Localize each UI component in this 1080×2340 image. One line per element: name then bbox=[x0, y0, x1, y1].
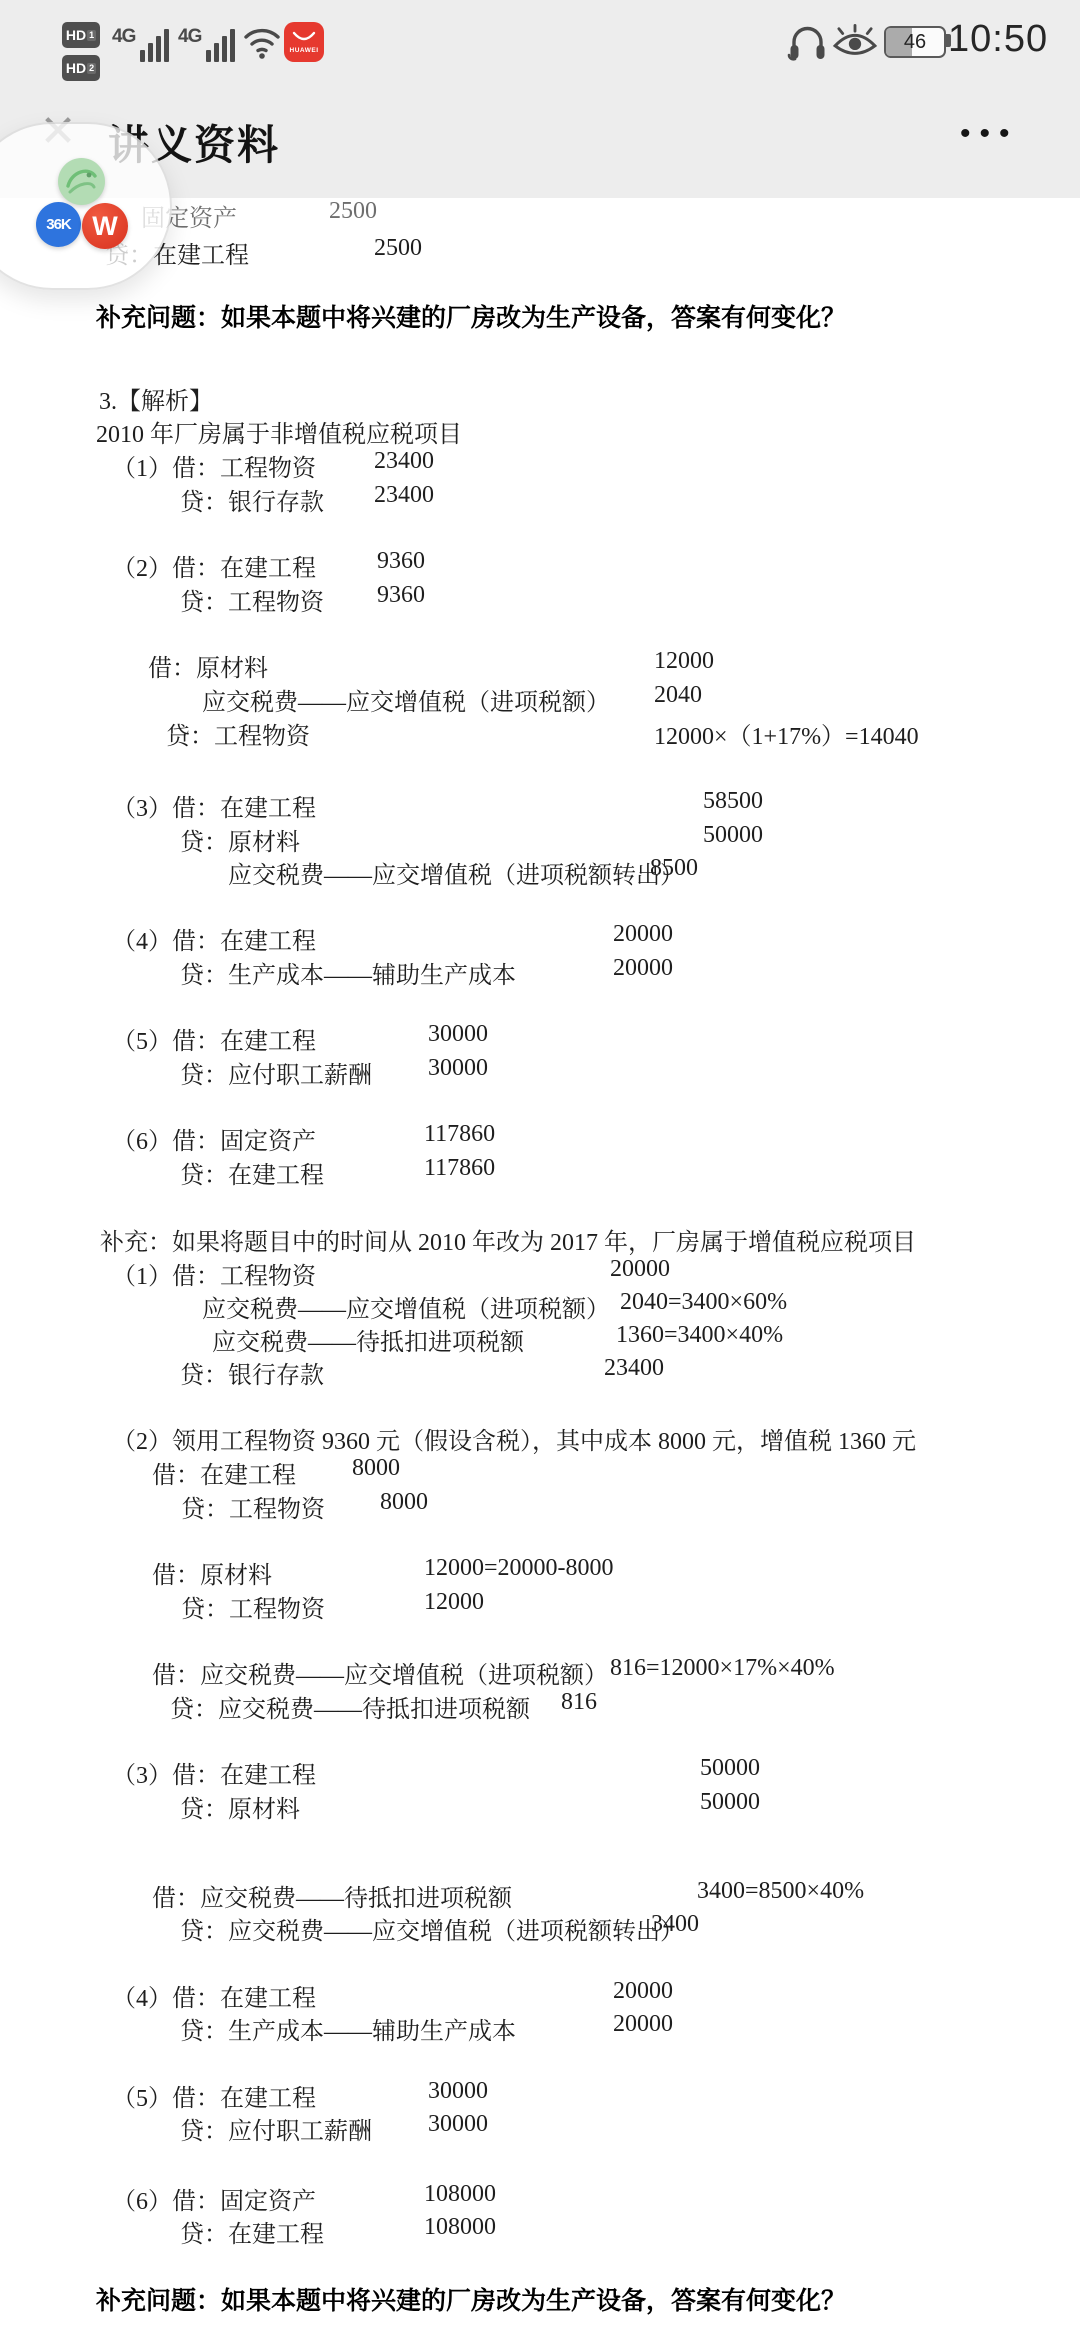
doc-line-amount: 20000 bbox=[613, 2011, 673, 2038]
doc-line: 贷：生产成本——辅助生产成本20000 bbox=[0, 2011, 1080, 2045]
battery-icon: 46 bbox=[884, 26, 946, 58]
huawei-app-label: HUAWEI bbox=[290, 47, 319, 54]
doc-line: （3）借：在建工程50000 bbox=[0, 1755, 1080, 1789]
doc-line: 补充问题：如果本题中将兴建的厂房改为生产设备，答案有何变化？ bbox=[0, 298, 1080, 332]
doc-line-text: 补充问题：如果本题中将兴建的厂房改为生产设备，答案有何变化？ bbox=[96, 298, 846, 334]
doc-line-text: （6）借：固定资产 bbox=[112, 2181, 316, 2216]
doc-line-amount: 117860 bbox=[424, 1155, 495, 1182]
doc-line: 借：原材料12000 bbox=[0, 648, 1080, 682]
doc-line: （6）借：固定资产117860 bbox=[0, 1121, 1080, 1155]
doc-line-amount: 23400 bbox=[374, 448, 434, 475]
wifi-icon bbox=[243, 26, 281, 60]
doc-line-amount: 50000 bbox=[703, 822, 763, 849]
doc-line-text: 借：应交税费——应交增值税（进项税额） bbox=[152, 1655, 608, 1690]
doc-line-amount: 20000 bbox=[613, 921, 673, 948]
doc-line-text: 贷：应交税费——应交增值税（进项税额转出） bbox=[180, 1911, 684, 1946]
green-app-icon[interactable] bbox=[58, 158, 105, 205]
doc-line-text: 2010 年厂房属于非增值税应税项目 bbox=[96, 414, 462, 449]
doc-line: （4）借：在建工程20000 bbox=[0, 1978, 1080, 2012]
doc-line-text: （3）借：在建工程 bbox=[112, 1755, 316, 1790]
huawei-app-icon: HUAWEI bbox=[284, 22, 324, 62]
doc-line: 贷：工程物资8000 bbox=[0, 1489, 1080, 1523]
doc-line-text: 贷：工程物资 bbox=[166, 716, 310, 751]
doc-line: 贷：原材料50000 bbox=[0, 822, 1080, 856]
doc-line-text: （5）借：在建工程 bbox=[112, 1021, 316, 1056]
doc-line-amount: 30000 bbox=[428, 2111, 488, 2138]
network-type-1: 4G bbox=[112, 26, 135, 48]
doc-line-amount: 30000 bbox=[428, 1021, 488, 1048]
doc-line-text: 贷：原材料 bbox=[180, 1789, 300, 1824]
doc-line-amount: 108000 bbox=[424, 2214, 496, 2241]
doc-line: 补充：如果将题目中的时间从 2010 年改为 2017 年，厂房属于增值税应税项… bbox=[0, 1222, 1080, 1256]
doc-line-amount: 23400 bbox=[374, 482, 434, 509]
doc-line-amount: 9360 bbox=[377, 582, 425, 609]
doc-line-amount: 8500 bbox=[650, 855, 698, 882]
doc-line-amount: 12000 bbox=[424, 1589, 484, 1616]
doc-line-amount: 50000 bbox=[700, 1755, 760, 1782]
doc-line-text: （3）借：在建工程 bbox=[112, 788, 316, 823]
doc-line: （3）借：在建工程58500 bbox=[0, 788, 1080, 822]
doc-line-text: （6）借：固定资产 bbox=[112, 1121, 316, 1156]
doc-line-amount: 816=12000×17%×40% bbox=[610, 1655, 835, 1682]
doc-line-text: 贷：在建工程 bbox=[180, 2214, 324, 2249]
doc-line-text: 贷：生产成本——辅助生产成本 bbox=[180, 2011, 516, 2046]
doc-line-text: 贷：应付职工薪酬 bbox=[180, 2111, 372, 2146]
eye-comfort-icon bbox=[830, 24, 880, 60]
doc-line: 补充问题：如果本题中将兴建的厂房改为生产设备，答案有何变化？ bbox=[0, 2281, 1080, 2315]
doc-line: 贷：工程物资12000×（1+17%）=14040 bbox=[0, 716, 1080, 750]
doc-line-amount: 3400 bbox=[651, 1911, 699, 1938]
doc-line-text: 应交税费——待抵扣进项税额 bbox=[212, 1322, 524, 1357]
doc-line-amount: 50000 bbox=[700, 1789, 760, 1816]
battery-percent: 46 bbox=[904, 31, 926, 54]
doc-line-amount: 30000 bbox=[428, 1055, 488, 1082]
doc-line-amount: 8000 bbox=[380, 1489, 428, 1516]
hd2-label: HD bbox=[66, 60, 86, 76]
doc-line: 借：应交税费——待抵扣进项税额3400=8500×40% bbox=[0, 1878, 1080, 1912]
doc-line-text: 应交税费——应交增值税（进项税额） bbox=[202, 1289, 610, 1324]
doc-line: （5）借：在建工程30000 bbox=[0, 1021, 1080, 1055]
doc-line-amount: 20000 bbox=[610, 1256, 670, 1283]
floating-bubble[interactable]: 36K W bbox=[0, 122, 172, 290]
doc-line-amount: 12000=20000-8000 bbox=[424, 1555, 614, 1582]
doc-line-text: 借：原材料 bbox=[148, 648, 268, 683]
doc-line-text: 借：应交税费——待抵扣进项税额 bbox=[152, 1878, 512, 1913]
doc-line-amount: 8000 bbox=[352, 1455, 400, 1482]
doc-line: 应交税费——应交增值税（进项税额）2040 bbox=[0, 682, 1080, 716]
doc-line-amount: 117860 bbox=[424, 1121, 495, 1148]
doc-line: （2）借：在建工程9360 bbox=[0, 548, 1080, 582]
doc-line: 贷：在建工程117860 bbox=[0, 1155, 1080, 1189]
doc-line-text: 借：原材料 bbox=[152, 1555, 272, 1590]
doc-line-amount: 3400=8500×40% bbox=[697, 1878, 864, 1905]
doc-line: 应交税费——待抵扣进项税额1360=3400×40% bbox=[0, 1322, 1080, 1356]
doc-line-text: 贷：工程物资 bbox=[181, 1489, 325, 1524]
doc-line-text: （2）借：在建工程 bbox=[112, 548, 316, 583]
doc-line-text: 贷：在建工程 bbox=[180, 1155, 324, 1190]
doc-line-text: 贷：银行存款 bbox=[180, 482, 324, 517]
doc-line-amount: 2500 bbox=[374, 235, 422, 262]
doc-line: 贷：应付职工薪酬30000 bbox=[0, 2111, 1080, 2145]
36k-app-label: 36K bbox=[46, 216, 71, 233]
doc-line: 借：应交税费——应交增值税（进项税额）816=12000×17%×40% bbox=[0, 1655, 1080, 1689]
doc-line: 2010 年厂房属于非增值税应税项目 bbox=[0, 414, 1080, 448]
clock-time: 10:50 bbox=[948, 18, 1048, 61]
doc-line: （5）借：在建工程30000 bbox=[0, 2078, 1080, 2112]
doc-line-text: 借：在建工程 bbox=[152, 1455, 296, 1490]
doc-line-amount: 2040=3400×60% bbox=[620, 1289, 787, 1316]
doc-line: 借：在建工程8000 bbox=[0, 1455, 1080, 1489]
doc-line: （4）借：在建工程20000 bbox=[0, 921, 1080, 955]
doc-line-text: 补充问题：如果本题中将兴建的厂房改为生产设备，答案有何变化？ bbox=[96, 2281, 846, 2317]
doc-line-amount: 108000 bbox=[424, 2181, 496, 2208]
doc-line-amount: 58500 bbox=[703, 788, 763, 815]
doc-line: （1）借：工程物资23400 bbox=[0, 448, 1080, 482]
doc-line: （1）借：工程物资20000 bbox=[0, 1256, 1080, 1290]
doc-line: 贷：银行存款23400 bbox=[0, 1355, 1080, 1389]
doc-line: 贷：应交税费——待抵扣进项税额816 bbox=[0, 1689, 1080, 1723]
doc-line-amount: 30000 bbox=[428, 2078, 488, 2105]
36k-app-icon[interactable]: 36K bbox=[36, 202, 81, 247]
doc-line: 3.【解析】 bbox=[0, 381, 1080, 415]
more-menu-icon[interactable]: ••• bbox=[960, 112, 1060, 156]
doc-line-text: （4）借：在建工程 bbox=[112, 921, 316, 956]
signal-bars-icon-1 bbox=[140, 24, 172, 62]
doc-line-text: 贷：工程物资 bbox=[180, 582, 324, 617]
hd1-label: HD bbox=[66, 27, 86, 43]
doc-line: （2）领用工程物资 9360 元（假设含税），其中成本 8000 元，增值税 1… bbox=[0, 1421, 1080, 1455]
doc-line-text: 3.【解析】 bbox=[99, 381, 213, 416]
w-app-label: W bbox=[92, 211, 117, 242]
doc-line-text: 贷：原材料 bbox=[180, 822, 300, 857]
hd2-sub: 2 bbox=[87, 63, 96, 74]
doc-line-text: 贷：应交税费——待抵扣进项税额 bbox=[170, 1689, 530, 1724]
doc-line: （6）借：固定资产108000 bbox=[0, 2181, 1080, 2215]
doc-line: 贷：工程物资9360 bbox=[0, 582, 1080, 616]
doc-line: 贷：应付职工薪酬30000 bbox=[0, 1055, 1080, 1089]
doc-line-text: （2）领用工程物资 9360 元（假设含税），其中成本 8000 元，增值税 1… bbox=[112, 1421, 916, 1456]
doc-line-text: 应交税费——应交增值税（进项税额） bbox=[202, 682, 610, 717]
network-type-2: 4G bbox=[178, 26, 201, 48]
doc-line-amount: 816 bbox=[561, 1689, 597, 1716]
doc-line-text: （5）借：在建工程 bbox=[112, 2078, 316, 2113]
doc-line-text: 贷：银行存款 bbox=[180, 1355, 324, 1390]
doc-line-amount: 23400 bbox=[604, 1355, 664, 1382]
doc-line: 贷：原材料50000 bbox=[0, 1789, 1080, 1823]
doc-line-text: 补充：如果将题目中的时间从 2010 年改为 2017 年，厂房属于增值税应税项… bbox=[100, 1222, 916, 1257]
doc-line-text: 贷：生产成本——辅助生产成本 bbox=[180, 955, 516, 990]
doc-line: 贷：生产成本——辅助生产成本20000 bbox=[0, 955, 1080, 989]
doc-line-text: 应交税费——应交增值税（进项税额转出） bbox=[228, 855, 684, 890]
headset-icon bbox=[786, 22, 828, 62]
doc-line: 应交税费——应交增值税（进项税额转出）8500 bbox=[0, 855, 1080, 889]
doc-line-amount: 20000 bbox=[613, 1978, 673, 2005]
signal-bars-icon-2 bbox=[206, 24, 238, 62]
doc-line: 借：原材料12000=20000-8000 bbox=[0, 1555, 1080, 1589]
doc-line: 应交税费——应交增值税（进项税额）2040=3400×60% bbox=[0, 1289, 1080, 1323]
doc-line-amount: 1360=3400×40% bbox=[616, 1322, 783, 1349]
doc-line: 贷：在建工程108000 bbox=[0, 2214, 1080, 2248]
hd2-badge-icon: HD2 bbox=[62, 55, 100, 81]
document-view[interactable]: 借：固定资产2500贷：在建工程2500补充问题：如果本题中将兴建的厂房改为生产… bbox=[0, 0, 1080, 2340]
doc-line: 贷：应交税费——应交增值税（进项税额转出）3400 bbox=[0, 1911, 1080, 1945]
doc-line-amount: 12000 bbox=[654, 648, 714, 675]
w-app-icon[interactable]: W bbox=[82, 203, 128, 249]
doc-line-amount: 2040 bbox=[654, 682, 702, 709]
doc-line-text: 贷：工程物资 bbox=[181, 1589, 325, 1624]
hd1-badge-icon: HD1 bbox=[62, 22, 100, 48]
doc-line-text: （4）借：在建工程 bbox=[112, 1978, 316, 2013]
doc-line-amount: 12000×（1+17%）=14040 bbox=[654, 716, 919, 751]
doc-line-text: （1）借：工程物资 bbox=[112, 1256, 316, 1291]
doc-line: 贷：银行存款23400 bbox=[0, 482, 1080, 516]
doc-line-amount: 2500 bbox=[329, 198, 377, 225]
doc-line-amount: 20000 bbox=[613, 955, 673, 982]
doc-line-text: 贷：应付职工薪酬 bbox=[180, 1055, 372, 1090]
hd1-sub: 1 bbox=[87, 30, 96, 41]
doc-line: 贷：工程物资12000 bbox=[0, 1589, 1080, 1623]
doc-line-text: （1）借：工程物资 bbox=[112, 448, 316, 483]
doc-line-amount: 9360 bbox=[377, 548, 425, 575]
